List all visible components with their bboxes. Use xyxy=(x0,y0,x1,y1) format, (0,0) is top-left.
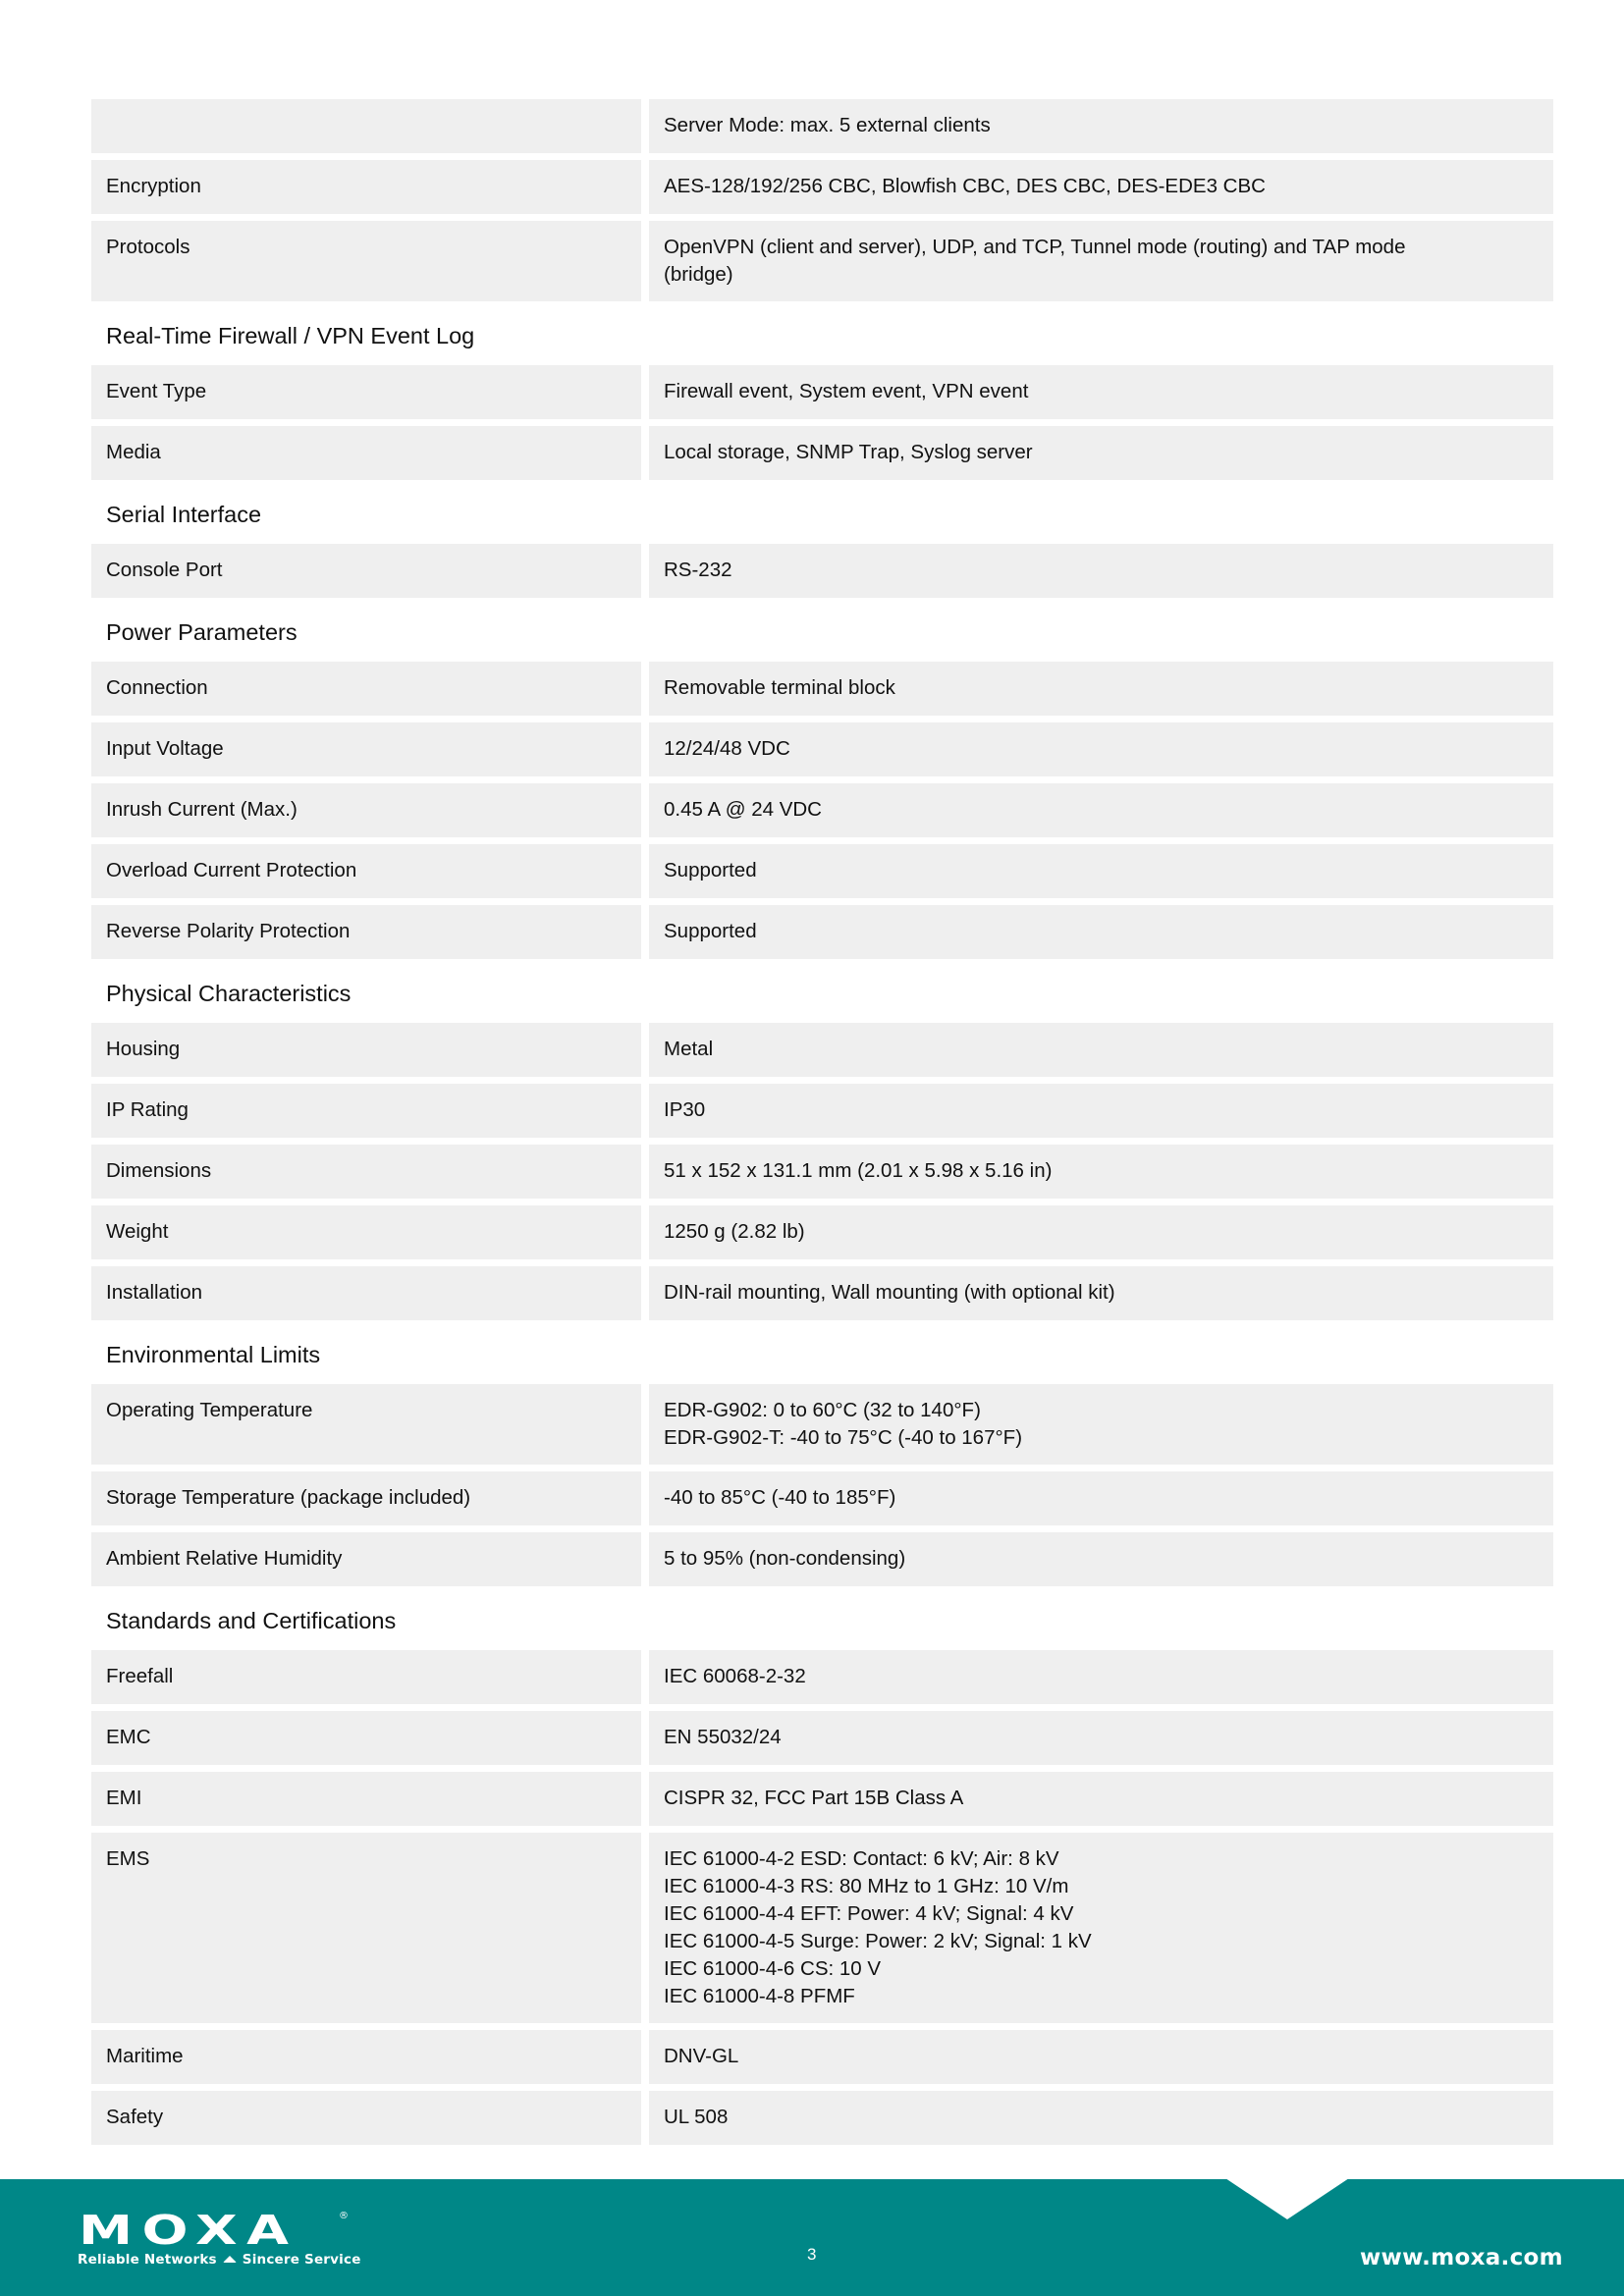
spec-value-line: IEC 61000-4-5 Surge: Power: 2 kV; Signal… xyxy=(664,1928,1539,1955)
spec-row: MaritimeDNV-GL xyxy=(91,2030,1553,2084)
spec-table: Server Mode: max. 5 external clientsEncr… xyxy=(91,99,1553,2152)
spec-value: 0.45 A @ 24 VDC xyxy=(649,783,1553,837)
spec-label: Event Type xyxy=(91,365,641,419)
section-heading: Standards and Certifications xyxy=(91,1593,1553,1650)
section-heading: Environmental Limits xyxy=(91,1327,1553,1384)
spec-value-line: EN 55032/24 xyxy=(664,1724,1539,1751)
spec-label: Safety xyxy=(91,2091,641,2145)
spec-row: Operating TemperatureEDR-G902: 0 to 60°C… xyxy=(91,1384,1553,1465)
spec-value: IP30 xyxy=(649,1084,1553,1138)
spec-value-line: IP30 xyxy=(664,1096,1539,1124)
spec-row: Server Mode: max. 5 external clients xyxy=(91,99,1553,153)
spec-label: Inrush Current (Max.) xyxy=(91,783,641,837)
spec-label: Encryption xyxy=(91,160,641,214)
spec-value-line: (bridge) xyxy=(664,261,1539,289)
spec-row: IP RatingIP30 xyxy=(91,1084,1553,1138)
spec-value: 1250 g (2.82 lb) xyxy=(649,1205,1553,1259)
spec-value-line: Metal xyxy=(664,1036,1539,1063)
spec-label: Ambient Relative Humidity xyxy=(91,1532,641,1586)
spec-row: Reverse Polarity ProtectionSupported xyxy=(91,905,1553,959)
spec-label: IP Rating xyxy=(91,1084,641,1138)
spec-row: Overload Current ProtectionSupported xyxy=(91,844,1553,898)
spec-label: Freefall xyxy=(91,1650,641,1704)
spec-row: Event TypeFirewall event, System event, … xyxy=(91,365,1553,419)
spec-value: 5 to 95% (non-condensing) xyxy=(649,1532,1553,1586)
spec-row: MediaLocal storage, SNMP Trap, Syslog se… xyxy=(91,426,1553,480)
spec-row: ConnectionRemovable terminal block xyxy=(91,662,1553,716)
spec-value: IEC 60068-2-32 xyxy=(649,1650,1553,1704)
spec-label: Reverse Polarity Protection xyxy=(91,905,641,959)
tagline-right: Sincere Service xyxy=(243,2252,361,2268)
spec-row: EncryptionAES-128/192/256 CBC, Blowfish … xyxy=(91,160,1553,214)
spec-value-line: Local storage, SNMP Trap, Syslog server xyxy=(664,439,1539,466)
spec-value-line: UL 508 xyxy=(664,2104,1539,2131)
spec-value: EDR-G902: 0 to 60°C (32 to 140°F)EDR-G90… xyxy=(649,1384,1553,1465)
spec-value-line: IEC 61000-4-3 RS: 80 MHz to 1 GHz: 10 V/… xyxy=(664,1873,1539,1900)
spec-value-line: EDR-G902: 0 to 60°C (32 to 140°F) xyxy=(664,1397,1539,1424)
spec-row: EMCEN 55032/24 xyxy=(91,1711,1553,1765)
moxa-logo: MOXA xyxy=(79,2211,298,2250)
spec-row: Input Voltage12/24/48 VDC xyxy=(91,722,1553,776)
spec-value-line: IEC 61000-4-4 EFT: Power: 4 kV; Signal: … xyxy=(664,1900,1539,1928)
section-heading: Physical Characteristics xyxy=(91,966,1553,1023)
spec-value: -40 to 85°C (-40 to 185°F) xyxy=(649,1471,1553,1525)
spec-label: EMI xyxy=(91,1772,641,1826)
spec-label: Dimensions xyxy=(91,1145,641,1199)
spec-row: Ambient Relative Humidity5 to 95% (non-c… xyxy=(91,1532,1553,1586)
spec-row: Storage Temperature (package included)-4… xyxy=(91,1471,1553,1525)
registered-mark: ® xyxy=(339,2211,349,2221)
spec-value: UL 508 xyxy=(649,2091,1553,2145)
spec-label: Weight xyxy=(91,1205,641,1259)
spec-row: Inrush Current (Max.)0.45 A @ 24 VDC xyxy=(91,783,1553,837)
section-heading: Power Parameters xyxy=(91,605,1553,662)
spec-value: 12/24/48 VDC xyxy=(649,722,1553,776)
spec-value-line: Firewall event, System event, VPN event xyxy=(664,378,1539,405)
spec-value-line: AES-128/192/256 CBC, Blowfish CBC, DES C… xyxy=(664,173,1539,200)
tagline-left: Reliable Networks xyxy=(78,2252,217,2268)
page-number: 3 xyxy=(807,2245,816,2265)
spec-value: OpenVPN (client and server), UDP, and TC… xyxy=(649,221,1553,301)
spec-label: EMC xyxy=(91,1711,641,1765)
spec-value-line: Supported xyxy=(664,918,1539,945)
spec-value: Server Mode: max. 5 external clients xyxy=(649,99,1553,153)
spec-value: Supported xyxy=(649,844,1553,898)
triangle-icon xyxy=(223,2256,237,2263)
spec-value: Firewall event, System event, VPN event xyxy=(649,365,1553,419)
spec-value-line: EDR-G902-T: -40 to 75°C (-40 to 167°F) xyxy=(664,1424,1539,1452)
spec-value: CISPR 32, FCC Part 15B Class A xyxy=(649,1772,1553,1826)
spec-label: Maritime xyxy=(91,2030,641,2084)
spec-row: HousingMetal xyxy=(91,1023,1553,1077)
spec-value-line: IEC 61000-4-8 PFMF xyxy=(664,1983,1539,2010)
spec-value-line: 12/24/48 VDC xyxy=(664,735,1539,763)
spec-value-line: RS-232 xyxy=(664,557,1539,584)
spec-row: EMSIEC 61000-4-2 ESD: Contact: 6 kV; Air… xyxy=(91,1833,1553,2023)
spec-value-line: -40 to 85°C (-40 to 185°F) xyxy=(664,1484,1539,1512)
spec-value: AES-128/192/256 CBC, Blowfish CBC, DES C… xyxy=(649,160,1553,214)
spec-value: DNV-GL xyxy=(649,2030,1553,2084)
spec-label: Media xyxy=(91,426,641,480)
spec-label: Storage Temperature (package included) xyxy=(91,1471,641,1525)
spec-value-line: Server Mode: max. 5 external clients xyxy=(664,112,1539,139)
spec-value: Metal xyxy=(649,1023,1553,1077)
spec-value: Supported xyxy=(649,905,1553,959)
spec-row: Weight1250 g (2.82 lb) xyxy=(91,1205,1553,1259)
spec-value-line: 5 to 95% (non-condensing) xyxy=(664,1545,1539,1573)
spec-value-line: CISPR 32, FCC Part 15B Class A xyxy=(664,1785,1539,1812)
spec-label: Connection xyxy=(91,662,641,716)
spec-label: EMS xyxy=(91,1833,641,2023)
spec-value-line: OpenVPN (client and server), UDP, and TC… xyxy=(664,234,1539,261)
spec-value: IEC 61000-4-2 ESD: Contact: 6 kV; Air: 8… xyxy=(649,1833,1553,2023)
spec-label xyxy=(91,99,641,153)
spec-value: RS-232 xyxy=(649,544,1553,598)
spec-label: Installation xyxy=(91,1266,641,1320)
section-heading: Real-Time Firewall / VPN Event Log xyxy=(91,308,1553,365)
spec-value: 51 x 152 x 131.1 mm (2.01 x 5.98 x 5.16 … xyxy=(649,1145,1553,1199)
spec-value: Removable terminal block xyxy=(649,662,1553,716)
spec-value-line: DIN-rail mounting, Wall mounting (with o… xyxy=(664,1279,1539,1307)
spec-value-line: IEC 61000-4-2 ESD: Contact: 6 kV; Air: 8… xyxy=(664,1845,1539,1873)
footer-notch-decoration xyxy=(1225,2178,1349,2219)
spec-row: FreefallIEC 60068-2-32 xyxy=(91,1650,1553,1704)
section-heading: Serial Interface xyxy=(91,487,1553,544)
website-link[interactable]: www.moxa.com xyxy=(1360,2245,1563,2270)
spec-label: Overload Current Protection xyxy=(91,844,641,898)
spec-row: EMICISPR 32, FCC Part 15B Class A xyxy=(91,1772,1553,1826)
spec-value: Local storage, SNMP Trap, Syslog server xyxy=(649,426,1553,480)
spec-value-line: 1250 g (2.82 lb) xyxy=(664,1218,1539,1246)
spec-label: Console Port xyxy=(91,544,641,598)
spec-value-line: DNV-GL xyxy=(664,2043,1539,2070)
spec-value-line: IEC 60068-2-32 xyxy=(664,1663,1539,1690)
spec-label: Input Voltage xyxy=(91,722,641,776)
spec-row: SafetyUL 508 xyxy=(91,2091,1553,2145)
spec-value-line: IEC 61000-4-6 CS: 10 V xyxy=(664,1955,1539,1983)
spec-value: EN 55032/24 xyxy=(649,1711,1553,1765)
spec-label: Operating Temperature xyxy=(91,1384,641,1465)
spec-row: Dimensions51 x 152 x 131.1 mm (2.01 x 5.… xyxy=(91,1145,1553,1199)
spec-value-line: Removable terminal block xyxy=(664,674,1539,702)
spec-label: Housing xyxy=(91,1023,641,1077)
spec-row: Console PortRS-232 xyxy=(91,544,1553,598)
spec-value: DIN-rail mounting, Wall mounting (with o… xyxy=(649,1266,1553,1320)
spec-value-line: 51 x 152 x 131.1 mm (2.01 x 5.98 x 5.16 … xyxy=(664,1157,1539,1185)
spec-value-line: Supported xyxy=(664,857,1539,884)
spec-row: InstallationDIN-rail mounting, Wall moun… xyxy=(91,1266,1553,1320)
logo-tagline: Reliable NetworksSincere Service xyxy=(78,2252,361,2268)
spec-value-line: 0.45 A @ 24 VDC xyxy=(664,796,1539,824)
spec-row: ProtocolsOpenVPN (client and server), UD… xyxy=(91,221,1553,301)
spec-label: Protocols xyxy=(91,221,641,301)
